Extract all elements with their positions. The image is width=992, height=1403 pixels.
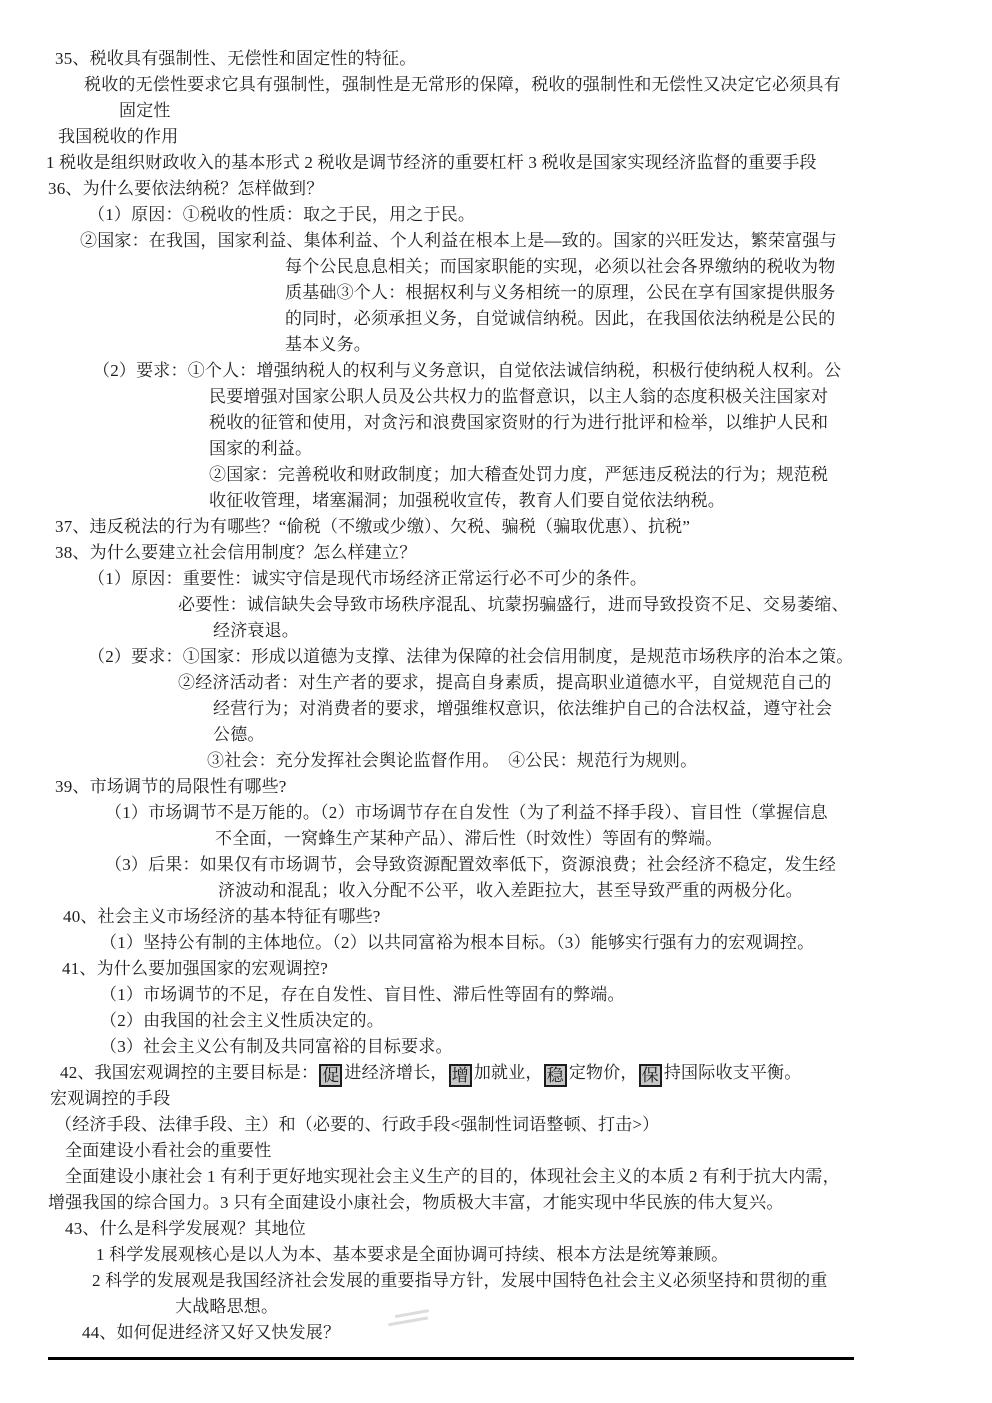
highlighted-char: 稳 (544, 1064, 567, 1087)
text-run: 39、市场调节的局限性有哪些? (55, 777, 287, 796)
doc-line: 济波动和混乱；收入分配不公平，收入差距拉大，甚至导致严重的两极分化。 (0, 878, 992, 904)
text-run: （1）市场调节不是万能的。（2）市场调节存在自发性（为了利益不择手段）、盲目性（… (105, 803, 828, 822)
text-run: ③社会：充分发挥社会舆论监督作用。 ④公民：规范行为规则。 (207, 751, 697, 770)
highlighted-char: 促 (319, 1064, 342, 1087)
text-run: 持国际收支平衡。 (664, 1063, 802, 1082)
doc-line: 经济衰退。 (0, 618, 992, 644)
text-run: ②国家：完善税收和财政制度；加大稽查处罚力度，严惩违反税法的行为；规范税 (209, 465, 828, 484)
text-run: 济波动和混乱；收入分配不公平，收入差距拉大，甚至导致严重的两极分化。 (218, 881, 803, 900)
doc-line: （经济手段、法律手段、主）和（必要的、行政手段<强制性词语整顿、打击>） (0, 1112, 992, 1138)
doc-line: 收征收管理，堵塞漏洞；加强税收宣传，教育人们要自觉依法纳税。 (0, 488, 992, 514)
doc-line: 宏观调控的手段 (0, 1086, 992, 1112)
text-run: （2）要求：①个人：增强纳税人的权利与义务意识，自觉依法诚信纳税，积极行使纳税人… (93, 361, 841, 380)
doc-line: 44、如何促进经济又好又快发展？ (0, 1320, 992, 1346)
highlighted-char: 增 (449, 1064, 472, 1087)
doc-line: 41、为什么要加强国家的宏观调控? (0, 956, 992, 982)
doc-line: 36、为什么要依法纳税？怎样做到？ (0, 176, 992, 202)
text-run: 定物价， (569, 1063, 638, 1082)
doc-line: 2 科学的发展观是我国经济社会发展的重要指导方针，发展中国特色社会主义必须坚持和… (0, 1268, 992, 1294)
doc-line: ③社会：充分发挥社会舆论监督作用。 ④公民：规范行为规则。 (0, 748, 992, 774)
text-run: 1 科学发展观核心是以人为本、基本要求是全面协调可持续、根本方法是统筹兼顾。 (96, 1245, 728, 1264)
doc-line: 每个公民息息相关；而国家职能的实现，必须以社会各界缴纳的税收为物 (0, 254, 992, 280)
text-run: 我国税收的作用 (58, 127, 178, 146)
text-run: 不全面，一窝蜂生产某种产品）、滞后性（时效性）等固有的弊端。 (215, 829, 723, 848)
text-run: 全面建设小康社会 1 有利于更好地实现社会主义生产的目的，体现社会主义的本质 2… (65, 1167, 840, 1186)
doc-line: 民要增强对国家公职人员及公共权力的监督意识，以主人翁的态度积极关注国家对 (0, 384, 992, 410)
text-run: （1）原因：①税收的性质：取之于民，用之于民。 (88, 205, 475, 224)
text-run: 38、为什么要建立社会信用制度？怎么样建立？ (55, 543, 416, 562)
text-run: ②国家：在我国，国家利益、集体利益、个人利益在根本上是—致的。国家的兴旺发达，繁… (80, 231, 837, 250)
doc-line: （3）后果：如果仅有市场调节，会导致资源配置效率低下，资源浪费；社会经济不稳定，… (0, 852, 992, 878)
doc-line: 全面建设小康社会 1 有利于更好地实现社会主义生产的目的，体现社会主义的本质 2… (0, 1164, 992, 1190)
doc-line: （1）坚持公有制的主体地位。（2）以共同富裕为根本目标。（3）能够实行强有力的宏… (0, 930, 992, 956)
doc-line: 国家的利益。 (0, 436, 992, 462)
doc-line: ②国家：在我国，国家利益、集体利益、个人利益在根本上是—致的。国家的兴旺发达，繁… (0, 228, 992, 254)
text-run: （3）后果：如果仅有市场调节，会导致资源配置效率低下，资源浪费；社会经济不稳定，… (105, 855, 836, 874)
text-run: 全面建设小看社会的重要性 (65, 1141, 271, 1160)
document-body: 35、税收具有强制性、无偿性和固定性的特征。税收的无偿性要求它具有强制性，强制性… (0, 46, 992, 1346)
doc-line: 38、为什么要建立社会信用制度？怎么样建立？ (0, 540, 992, 566)
document-page: 35、税收具有强制性、无偿性和固定性的特征。税收的无偿性要求它具有强制性，强制性… (0, 46, 992, 1346)
text-run: 37、违反税法的行为有哪些？“偷税（不缴或少缴）、欠税、骗税（骗取优惠）、抗税” (55, 517, 690, 536)
doc-line: 固定性 (0, 98, 992, 124)
doc-line: 质基础③个人：根据权利与义务相统一的原理，公民在享有国家提供服务 (0, 280, 992, 306)
doc-line: 税收的征管和使用，对贪污和浪费国家资财的行为进行批评和检举，以维护人民和 (0, 410, 992, 436)
text-run: 36、为什么要依法纳税？怎样做到？ (48, 179, 323, 198)
doc-line: （2）要求：①个人：增强纳税人的权利与义务意识，自觉依法诚信纳税，积极行使纳税人… (0, 358, 992, 384)
smudge-mark (388, 1316, 428, 1326)
text-run: 加就业， (474, 1063, 543, 1082)
text-run: 公德。 (213, 725, 265, 744)
doc-line: 全面建设小看社会的重要性 (0, 1138, 992, 1164)
doc-line: （1）市场调节不是万能的。（2）市场调节存在自发性（为了利益不择手段）、盲目性（… (0, 800, 992, 826)
doc-line: （2）由我国的社会主义性质决定的。 (0, 1008, 992, 1034)
text-run: 宏观调控的手段 (50, 1089, 170, 1108)
doc-line: 42、我国宏观调控的主要目标是：促进经济增长，增加就业，稳定物价，保持国际收支平… (0, 1060, 992, 1086)
doc-line: （1）原因：重要性：诚实守信是现代市场经济正常运行必不可少的条件。 (0, 566, 992, 592)
text-run: 的同时，必须承担义务，自觉诚信纳税。因此，在我国依法纳税是公民的 (285, 309, 835, 328)
text-run: （1）市场调节的不足，存在自发性、盲目性、滞后性等固有的弊端。 (100, 985, 625, 1004)
text-run: （1）坚持公有制的主体地位。（2）以共同富裕为根本目标。（3）能够实行强有力的宏… (100, 933, 814, 952)
text-run: 增强我国的综合国力。3 只有全面建设小康社会，物质极大丰富，才能实现中华民族的伟… (48, 1193, 784, 1212)
text-run: 每个公民息息相关；而国家职能的实现，必须以社会各界缴纳的税收为物 (285, 257, 835, 276)
doc-line: （3）社会主义公有制及共同富裕的目标要求。 (0, 1034, 992, 1060)
text-run: 经济衰退。 (213, 621, 299, 640)
highlighted-char: 保 (639, 1064, 662, 1087)
doc-line: 40、社会主义市场经济的基本特征有哪些? (0, 904, 992, 930)
doc-line: 37、违反税法的行为有哪些？“偷税（不缴或少缴）、欠税、骗税（骗取优惠）、抗税” (0, 514, 992, 540)
text-run: （2）由我国的社会主义性质决定的。 (100, 1011, 384, 1030)
text-run: 质基础③个人：根据权利与义务相统一的原理，公民在享有国家提供服务 (285, 283, 835, 302)
doc-line: 我国税收的作用 (0, 124, 992, 150)
doc-line: ②经济活动者：对生产者的要求，提高自身素质，提高职业道德水平，自觉规范自己的 (0, 670, 992, 696)
doc-line: 基本义务。 (0, 332, 992, 358)
text-run: 40、社会主义市场经济的基本特征有哪些? (63, 907, 381, 926)
text-run: 固定性 (119, 101, 171, 120)
doc-line: 大战略思想。 (0, 1294, 992, 1320)
doc-line: 公德。 (0, 722, 992, 748)
text-run: 1 税收是组织财政收入的基本形式 2 税收是调节经济的重要杠杆 3 税收是国家实… (46, 153, 817, 172)
text-run: 44、如何促进经济又好又快发展？ (82, 1323, 340, 1342)
doc-line: 39、市场调节的局限性有哪些? (0, 774, 992, 800)
text-run: 2 科学的发展观是我国经济社会发展的重要指导方针，发展中国特色社会主义必须坚持和… (92, 1271, 828, 1290)
doc-line: （2）要求：①国家：形成以道德为支撑、法律为保障的社会信用制度，是规范市场秩序的… (0, 644, 992, 670)
doc-line: 不全面，一窝蜂生产某种产品）、滞后性（时效性）等固有的弊端。 (0, 826, 992, 852)
doc-line: 1 科学发展观核心是以人为本、基本要求是全面协调可持续、根本方法是统筹兼顾。 (0, 1242, 992, 1268)
text-run: 42、我国宏观调控的主要目标是： (60, 1063, 318, 1082)
doc-line: （1）原因：①税收的性质：取之于民，用之于民。 (0, 202, 992, 228)
text-run: 43、什么是科学发展观？其地位 (65, 1219, 306, 1238)
doc-line: 的同时，必须承担义务，自觉诚信纳税。因此，在我国依法纳税是公民的 (0, 306, 992, 332)
doc-line: 必要性：诚信缺失会导致市场秩序混乱、坑蒙拐骗盛行，进而导致投资不足、交易萎缩、 (0, 592, 992, 618)
footer-rule (48, 1357, 854, 1360)
doc-line: 税收的无偿性要求它具有强制性，强制性是无常形的保障，税收的强制性和无偿性又决定它… (0, 72, 992, 98)
text-run: 基本义务。 (285, 335, 371, 354)
doc-line: ②国家：完善税收和财政制度；加大稽查处罚力度，严惩违反税法的行为；规范税 (0, 462, 992, 488)
text-run: 经营行为；对消费者的要求，增强维权意识，依法维护自己的合法权益，遵守社会 (213, 699, 832, 718)
text-run: 国家的利益。 (209, 439, 312, 458)
text-run: 收征收管理，堵塞漏洞；加强税收宣传，教育人们要自觉依法纳税。 (209, 491, 725, 510)
text-run: 进经济增长， (344, 1063, 447, 1082)
doc-line: 增强我国的综合国力。3 只有全面建设小康社会，物质极大丰富，才能实现中华民族的伟… (0, 1190, 992, 1216)
text-run: 必要性：诚信缺失会导致市场秩序混乱、坑蒙拐骗盛行，进而导致投资不足、交易萎缩、 (178, 595, 849, 614)
doc-line: 经营行为；对消费者的要求，增强维权意识，依法维护自己的合法权益，遵守社会 (0, 696, 992, 722)
text-run: （1）原因：重要性：诚实守信是现代市场经济正常运行必不可少的条件。 (88, 569, 647, 588)
text-run: （经济手段、法律手段、主）和（必要的、行政手段<强制性词语整顿、打击>） (55, 1115, 659, 1134)
doc-line: （1）市场调节的不足，存在自发性、盲目性、滞后性等固有的弊端。 (0, 982, 992, 1008)
text-run: 民要增强对国家公职人员及公共权力的监督意识，以主人翁的态度积极关注国家对 (209, 387, 828, 406)
text-run: 41、为什么要加强国家的宏观调控? (62, 959, 328, 978)
doc-line: 1 税收是组织财政收入的基本形式 2 税收是调节经济的重要杠杆 3 税收是国家实… (0, 150, 992, 176)
text-run: （3）社会主义公有制及共同富裕的目标要求。 (100, 1037, 453, 1056)
doc-line: 35、税收具有强制性、无偿性和固定性的特征。 (0, 46, 992, 72)
text-run: 大战略思想。 (175, 1297, 278, 1316)
text-run: 税收的征管和使用，对贪污和浪费国家资财的行为进行批评和检举，以维护人民和 (209, 413, 828, 432)
text-run: （2）要求：①国家：形成以道德为支撑、法律为保障的社会信用制度，是规范市场秩序的… (88, 647, 854, 666)
text-run: ②经济活动者：对生产者的要求，提高自身素质，提高职业道德水平，自觉规范自己的 (178, 673, 832, 692)
text-run: 35、税收具有强制性、无偿性和固定性的特征。 (55, 49, 416, 68)
doc-line: 43、什么是科学发展观？其地位 (0, 1216, 992, 1242)
text-run: 税收的无偿性要求它具有强制性，强制性是无常形的保障，税收的强制性和无偿性又决定它… (84, 75, 841, 94)
